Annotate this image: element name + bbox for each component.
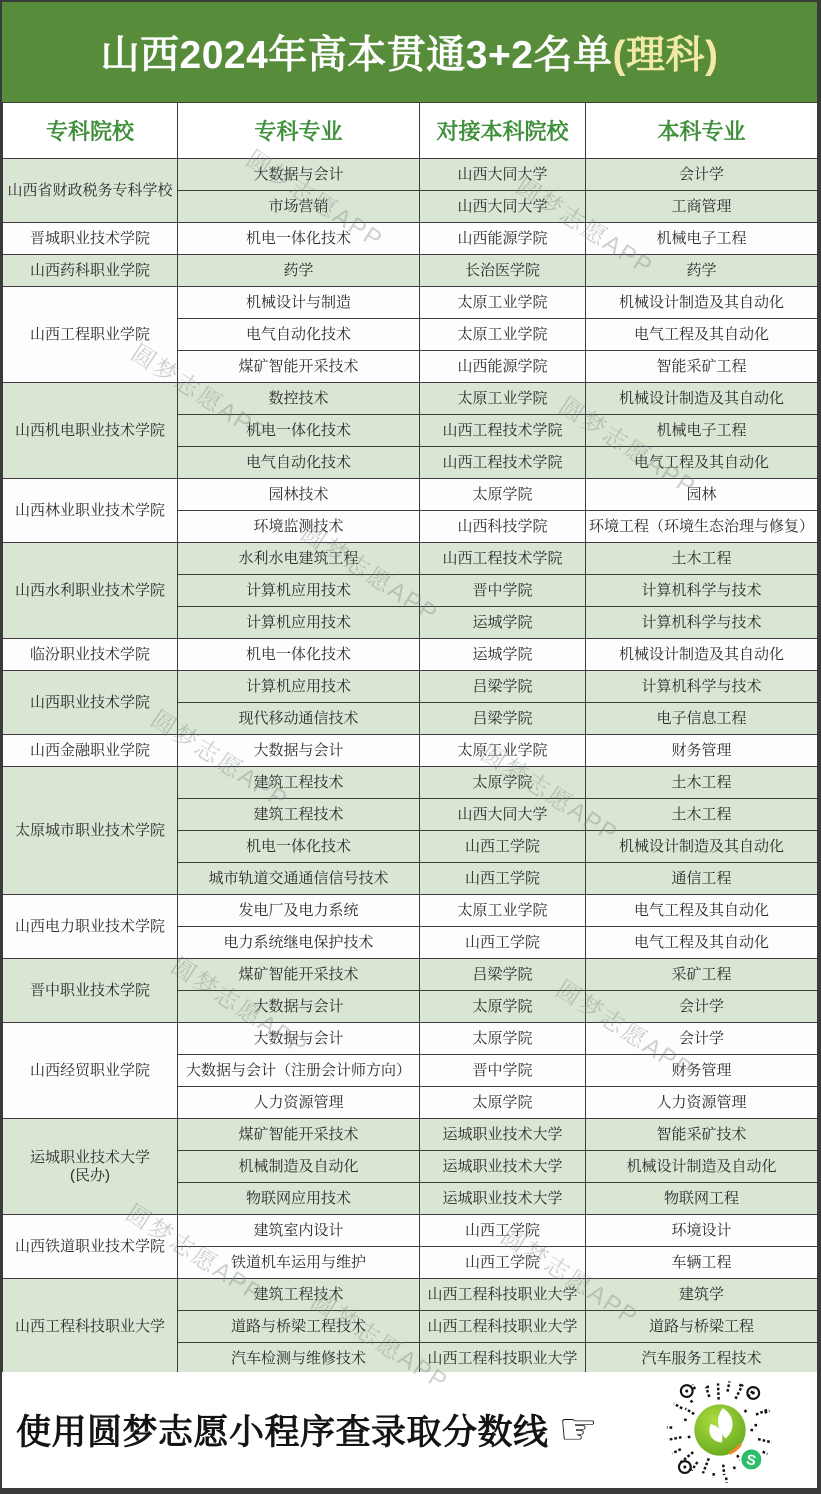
table-cell: 水利水电建筑工程 (178, 543, 420, 575)
table-cell: 运城学院 (420, 607, 586, 639)
table-row: 山西工程职业学院机械设计与制造太原工业学院机械设计制造及其自动化 (3, 287, 818, 319)
table-cell: 园林 (586, 479, 818, 511)
table-cell: 山西大同大学 (420, 159, 586, 191)
table-cell: 山西工程技术学院 (420, 415, 586, 447)
table-cell: 建筑室内设计 (178, 1215, 420, 1247)
column-header-junior-major: 专科专业 (178, 103, 420, 159)
table-cell: 会计学 (586, 991, 818, 1023)
page-title-banner: 山西2024年高本贯通3+2名单(理科) (2, 2, 817, 102)
table-cell: 园林技术 (178, 479, 420, 511)
table-cell: 山西能源学院 (420, 223, 586, 255)
college-cell: 晋城职业技术学院 (3, 223, 178, 255)
table-cell: 电力系统继电保护技术 (178, 927, 420, 959)
qr-center-logo (694, 1404, 745, 1455)
college-cell: 运城职业技术大学 (民办) (3, 1119, 178, 1215)
table-cell: 工商管理 (586, 191, 818, 223)
table-cell: 山西工学院 (420, 1247, 586, 1279)
table-cell: 采矿工程 (586, 959, 818, 991)
table-cell: 汽车检测与维修技术 (178, 1343, 420, 1375)
table-cell: 土木工程 (586, 767, 818, 799)
table-cell: 运城职业技术大学 (420, 1151, 586, 1183)
table-row: 山西经贸职业学院大数据与会计太原学院会计学 (3, 1023, 818, 1055)
table-cell: 机电一体化技术 (178, 415, 420, 447)
college-cell: 山西工程职业学院 (3, 287, 178, 383)
table-cell: 电气工程及其自动化 (586, 447, 818, 479)
table-cell: 大数据与会计 (178, 159, 420, 191)
table-row: 山西工程科技职业大学建筑工程技术山西工程科技职业大学建筑学 (3, 1279, 818, 1311)
table-cell: 山西工程科技职业大学 (420, 1343, 586, 1375)
table-cell: 汽车服务工程技术 (586, 1343, 818, 1375)
table-cell: 太原学院 (420, 479, 586, 511)
table-cell: 道路与桥梁工程技术 (178, 1311, 420, 1343)
table-cell: 机械设计制造及其自动化 (586, 639, 818, 671)
table-cell: 电气工程及其自动化 (586, 927, 818, 959)
table-cell: 机械设计制造及其自动化 (586, 831, 818, 863)
table-cell: 计算机科学与技术 (586, 607, 818, 639)
table-cell: 长治医学院 (420, 255, 586, 287)
table-cell: 晋中学院 (420, 1055, 586, 1087)
table-cell: 山西科技学院 (420, 511, 586, 543)
table-cell: 电气工程及其自动化 (586, 895, 818, 927)
page: 山西2024年高本贯通3+2名单(理科) 专科院校 专科专业 对接本科院校 本科… (0, 0, 821, 1494)
admission-table: 专科院校 专科专业 对接本科院校 本科专业 山西省财政税务专科学校大数据与会计山… (2, 102, 818, 1375)
table-cell: 山西工程技术学院 (420, 543, 586, 575)
table-cell: 运城职业技术大学 (420, 1183, 586, 1215)
table-cell: 运城职业技术大学 (420, 1119, 586, 1151)
table-cell: 机械电子工程 (586, 223, 818, 255)
table-row: 山西金融职业学院大数据与会计太原工业学院财务管理 (3, 735, 818, 767)
college-cell: 山西省财政税务专科学校 (3, 159, 178, 223)
table-cell: 山西大同大学 (420, 191, 586, 223)
table-cell: 机械制造及自动化 (178, 1151, 420, 1183)
table-cell: 机电一体化技术 (178, 223, 420, 255)
table-cell: 会计学 (586, 159, 818, 191)
table-cell: 机械设计制造及其自动化 (586, 383, 818, 415)
table-cell: 运城学院 (420, 639, 586, 671)
table-cell: 人力资源管理 (586, 1087, 818, 1119)
table-cell: 煤矿智能开采技术 (178, 959, 420, 991)
table-cell: 建筑工程技术 (178, 767, 420, 799)
table-cell: 大数据与会计（注册会计师方向） (178, 1055, 420, 1087)
table-cell: 山西工学院 (420, 863, 586, 895)
table-row: 山西机电职业技术学院数控技术太原工业学院机械设计制造及其自动化 (3, 383, 818, 415)
college-cell: 山西电力职业技术学院 (3, 895, 178, 959)
table-row: 山西铁道职业技术学院建筑室内设计山西工学院环境设计 (3, 1215, 818, 1247)
table-cell: 会计学 (586, 1023, 818, 1055)
table-cell: 发电厂及电力系统 (178, 895, 420, 927)
table-cell: 智能采矿技术 (586, 1119, 818, 1151)
table-cell: 太原学院 (420, 1023, 586, 1055)
table-cell: 太原工业学院 (420, 383, 586, 415)
table-cell: 通信工程 (586, 863, 818, 895)
table-cell: 物联网应用技术 (178, 1183, 420, 1215)
column-header-bachelor-college: 对接本科院校 (420, 103, 586, 159)
table-cell: 铁道机车运用与维护 (178, 1247, 420, 1279)
column-header-bachelor-major: 本科专业 (586, 103, 818, 159)
table-cell: 太原学院 (420, 767, 586, 799)
table-row: 山西水利职业技术学院水利水电建筑工程山西工程技术学院土木工程 (3, 543, 818, 575)
header-row: 专科院校 专科专业 对接本科院校 本科专业 (3, 103, 818, 159)
table-cell: 环境设计 (586, 1215, 818, 1247)
table-cell: 人力资源管理 (178, 1087, 420, 1119)
table-cell: 机械设计制造及自动化 (586, 1151, 818, 1183)
table-cell: 机械设计制造及其自动化 (586, 287, 818, 319)
table-cell: 土木工程 (586, 543, 818, 575)
table-cell: 大数据与会计 (178, 1023, 420, 1055)
college-cell: 山西林业职业技术学院 (3, 479, 178, 543)
table-cell: 电子信息工程 (586, 703, 818, 735)
table-cell: 道路与桥梁工程 (586, 1311, 818, 1343)
college-cell: 山西职业技术学院 (3, 671, 178, 735)
college-cell: 山西机电职业技术学院 (3, 383, 178, 479)
table-cell: 环境工程（环境生态治理与修复） (586, 511, 818, 543)
page-title: 山西2024年高本贯通3+2名单 (101, 24, 613, 80)
table-cell: 建筑学 (586, 1279, 818, 1311)
table-cell: 药学 (178, 255, 420, 287)
table-cell: 煤矿智能开采技术 (178, 351, 420, 383)
column-header-junior-college: 专科院校 (3, 103, 178, 159)
college-cell: 太原城市职业技术学院 (3, 767, 178, 895)
table-cell: 晋中学院 (420, 575, 586, 607)
table-cell: 大数据与会计 (178, 991, 420, 1023)
table-row: 晋城职业技术学院机电一体化技术山西能源学院机械电子工程 (3, 223, 818, 255)
table-cell: 山西工程技术学院 (420, 447, 586, 479)
table-cell: 城市轨道交通通信信号技术 (178, 863, 420, 895)
table-row: 山西职业技术学院计算机应用技术吕梁学院计算机科学与技术 (3, 671, 818, 703)
table-cell: 山西大同大学 (420, 799, 586, 831)
college-cell: 山西铁道职业技术学院 (3, 1215, 178, 1279)
college-cell: 山西经贸职业学院 (3, 1023, 178, 1119)
table-cell: 吕梁学院 (420, 959, 586, 991)
table-cell: 建筑工程技术 (178, 1279, 420, 1311)
table-cell: 车辆工程 (586, 1247, 818, 1279)
table-cell: 吕梁学院 (420, 671, 586, 703)
table-cell: 财务管理 (586, 735, 818, 767)
table-cell: 山西工程科技职业大学 (420, 1311, 586, 1343)
footer-banner: 使用圆梦志愿小程序查录取分数线 ☞ (2, 1372, 817, 1488)
qr-miniprogram-badge: S (740, 1449, 762, 1471)
college-cell: 山西金融职业学院 (3, 735, 178, 767)
table-cell: 土木工程 (586, 799, 818, 831)
table-cell: 现代移动通信技术 (178, 703, 420, 735)
pointing-hand-icon: ☞ (559, 1408, 599, 1452)
table-header: 专科院校 专科专业 对接本科院校 本科专业 (3, 103, 818, 159)
table-cell: 环境监测技术 (178, 511, 420, 543)
table-cell: 山西工学院 (420, 1215, 586, 1247)
table-cell: 智能采矿工程 (586, 351, 818, 383)
table-cell: 电气自动化技术 (178, 447, 420, 479)
table-cell: 电气工程及其自动化 (586, 319, 818, 351)
table-cell: 计算机应用技术 (178, 671, 420, 703)
table-cell: 建筑工程技术 (178, 799, 420, 831)
college-cell: 晋中职业技术学院 (3, 959, 178, 1023)
table-cell: 太原工业学院 (420, 287, 586, 319)
footer-cta: 使用圆梦志愿小程序查录取分数线 ☞ (16, 1405, 598, 1455)
table-cell: 物联网工程 (586, 1183, 818, 1215)
table-row: 山西电力职业技术学院发电厂及电力系统太原工业学院电气工程及其自动化 (3, 895, 818, 927)
table-row: 太原城市职业技术学院建筑工程技术太原学院土木工程 (3, 767, 818, 799)
table-cell: 山西工程科技职业大学 (420, 1279, 586, 1311)
table-row: 晋中职业技术学院煤矿智能开采技术吕梁学院采矿工程 (3, 959, 818, 991)
table-cell: 机械设计与制造 (178, 287, 420, 319)
table-cell: 吕梁学院 (420, 703, 586, 735)
table-row: 山西省财政税务专科学校大数据与会计山西大同大学会计学 (3, 159, 818, 191)
table-cell: 太原学院 (420, 1087, 586, 1119)
college-cell: 山西水利职业技术学院 (3, 543, 178, 639)
table-row: 临汾职业技术学院机电一体化技术运城学院机械设计制造及其自动化 (3, 639, 818, 671)
table-row: 山西药科职业学院药学长治医学院药学 (3, 255, 818, 287)
table-cell: 计算机科学与技术 (586, 671, 818, 703)
table-cell: 药学 (586, 255, 818, 287)
table-cell: 市场营销 (178, 191, 420, 223)
table-cell: 计算机科学与技术 (586, 575, 818, 607)
table-cell: 太原工业学院 (420, 895, 586, 927)
table-row: 山西林业职业技术学院园林技术太原学院园林 (3, 479, 818, 511)
table-cell: 机电一体化技术 (178, 831, 420, 863)
footer-cta-text: 使用圆梦志愿小程序查录取分数线 (16, 1405, 549, 1455)
table-cell: 太原工业学院 (420, 735, 586, 767)
table-cell: 计算机应用技术 (178, 575, 420, 607)
table-cell: 山西工学院 (420, 927, 586, 959)
table-body: 山西省财政税务专科学校大数据与会计山西大同大学会计学市场营销山西大同大学工商管理… (3, 159, 818, 1375)
table-cell: 机电一体化技术 (178, 639, 420, 671)
table-cell: 煤矿智能开采技术 (178, 1119, 420, 1151)
page-title-science-tag: (理科) (612, 24, 718, 80)
college-cell: 山西工程科技职业大学 (3, 1279, 178, 1375)
table-cell: 大数据与会计 (178, 735, 420, 767)
miniprogram-qr-code: S (663, 1373, 777, 1487)
table-cell: 太原学院 (420, 991, 586, 1023)
table-cell: 山西能源学院 (420, 351, 586, 383)
table-cell: 财务管理 (586, 1055, 818, 1087)
table-cell: 电气自动化技术 (178, 319, 420, 351)
table-cell: 机械电子工程 (586, 415, 818, 447)
table-row: 运城职业技术大学 (民办)煤矿智能开采技术运城职业技术大学智能采矿技术 (3, 1119, 818, 1151)
table-cell: 山西工学院 (420, 831, 586, 863)
college-cell: 山西药科职业学院 (3, 255, 178, 287)
table-cell: 计算机应用技术 (178, 607, 420, 639)
table-cell: 太原工业学院 (420, 319, 586, 351)
table-cell: 数控技术 (178, 383, 420, 415)
college-cell: 临汾职业技术学院 (3, 639, 178, 671)
